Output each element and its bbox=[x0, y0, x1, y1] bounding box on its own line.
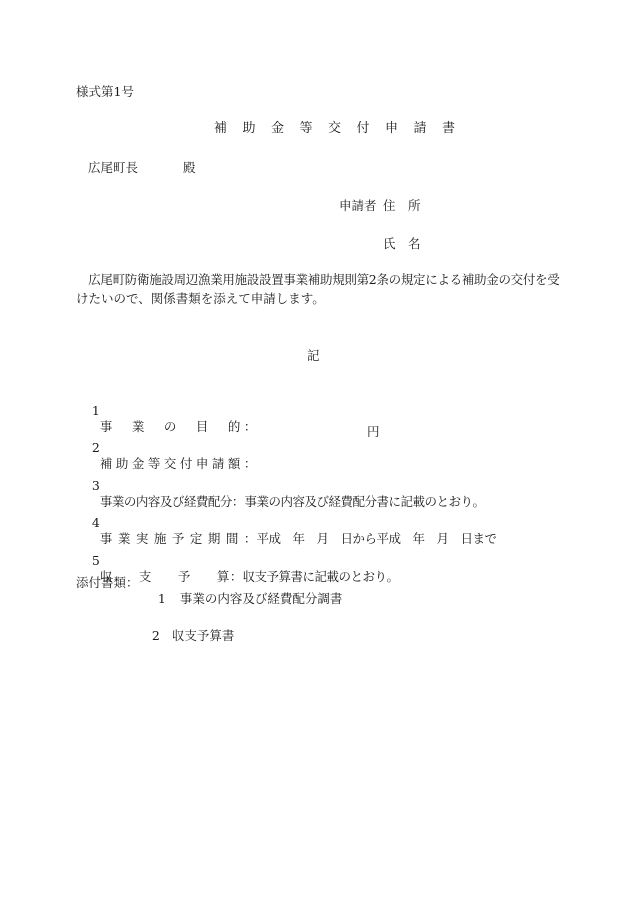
amount-unit: 円 bbox=[367, 424, 380, 440]
body-text-line1: 広尾町防衛施設周辺漁業用施設設置事業補助規則第2条の規定による補助金の交付を受 bbox=[76, 272, 559, 288]
item-number: 3 bbox=[92, 478, 100, 493]
attachment-name: 収支予算書 bbox=[172, 628, 235, 643]
body-text-line2: けたいので、関係書類を添えて申請します。 bbox=[76, 291, 325, 307]
addressee-name: 広尾町長 bbox=[88, 160, 138, 176]
attachments-label: 添付書類： bbox=[76, 575, 139, 591]
item-number: 5 bbox=[92, 553, 100, 568]
attachment-name: 事業の内容及び経費配分調書 bbox=[180, 591, 343, 606]
addressee-honorific: 殿 bbox=[183, 160, 196, 176]
applicant-name-label: 氏 名 bbox=[383, 236, 421, 252]
applicant-address-label: 住 所 bbox=[383, 198, 421, 214]
item-number: 2 bbox=[92, 440, 100, 455]
applicant-label: 申請者 bbox=[339, 198, 377, 214]
item-number: 4 bbox=[92, 515, 100, 530]
note-heading: 記 bbox=[307, 348, 320, 364]
attachment-2: 2収支予算書 bbox=[136, 612, 234, 660]
attachment-number: 2 bbox=[152, 628, 160, 643]
document-title: 補助金等交付申請書 bbox=[214, 121, 471, 137]
form-number: 様式第1号 bbox=[76, 84, 134, 100]
item-number: 1 bbox=[92, 403, 100, 418]
attachment-number: 1 bbox=[158, 591, 166, 606]
